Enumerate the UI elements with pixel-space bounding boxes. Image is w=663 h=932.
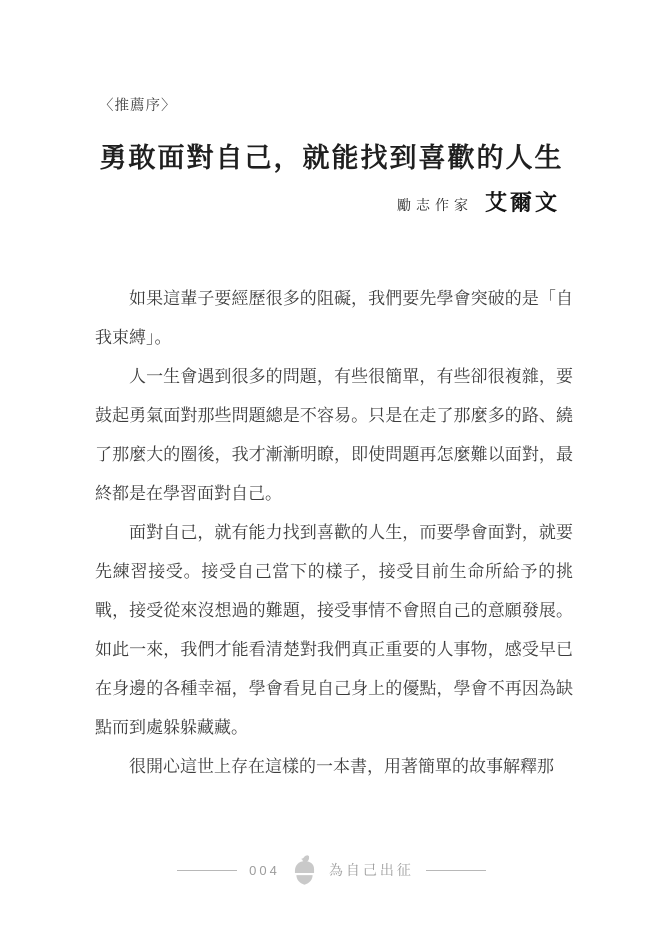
body-paragraph: 面對自己，就有能力找到喜歡的人生，而要學會面對，就要先練習接受。接受自己當下的樣…: [95, 513, 573, 747]
footer-rule-left: [177, 870, 237, 871]
knight-helmet-icon: [292, 855, 317, 885]
body-paragraph: 很開心這世上存在這樣的一本書，用著簡單的故事解釋那: [95, 747, 573, 786]
page-number: 004: [249, 863, 280, 878]
author-role: 勵志作家: [397, 195, 473, 215]
footer-book-title: 為自己出征: [329, 860, 414, 880]
footer-rule-right: [426, 870, 486, 871]
section-label: 〈推薦序〉: [99, 94, 177, 115]
page-title: 勇敢面對自己，就能找到喜歡的人生: [0, 136, 663, 175]
body-text: 如果這輩子要經歷很多的阻礙，我們要先學會突破的是「自我束縛」。 人一生會遇到很多…: [95, 279, 573, 786]
page-footer: 004 為自己出征: [0, 855, 663, 885]
author-name: 艾爾文: [485, 186, 560, 217]
body-paragraph: 如果這輩子要經歷很多的阻礙，我們要先學會突破的是「自我束縛」。: [95, 279, 573, 357]
book-page: 〈推薦序〉 勇敢面對自己，就能找到喜歡的人生 勵志作家 艾爾文 如果這輩子要經歷…: [0, 0, 663, 932]
body-paragraph: 人一生會遇到很多的問題，有些很簡單，有些卻很複雜，要鼓起勇氣面對那些問題總是不容…: [95, 357, 573, 513]
byline: 勵志作家 艾爾文: [397, 186, 560, 217]
